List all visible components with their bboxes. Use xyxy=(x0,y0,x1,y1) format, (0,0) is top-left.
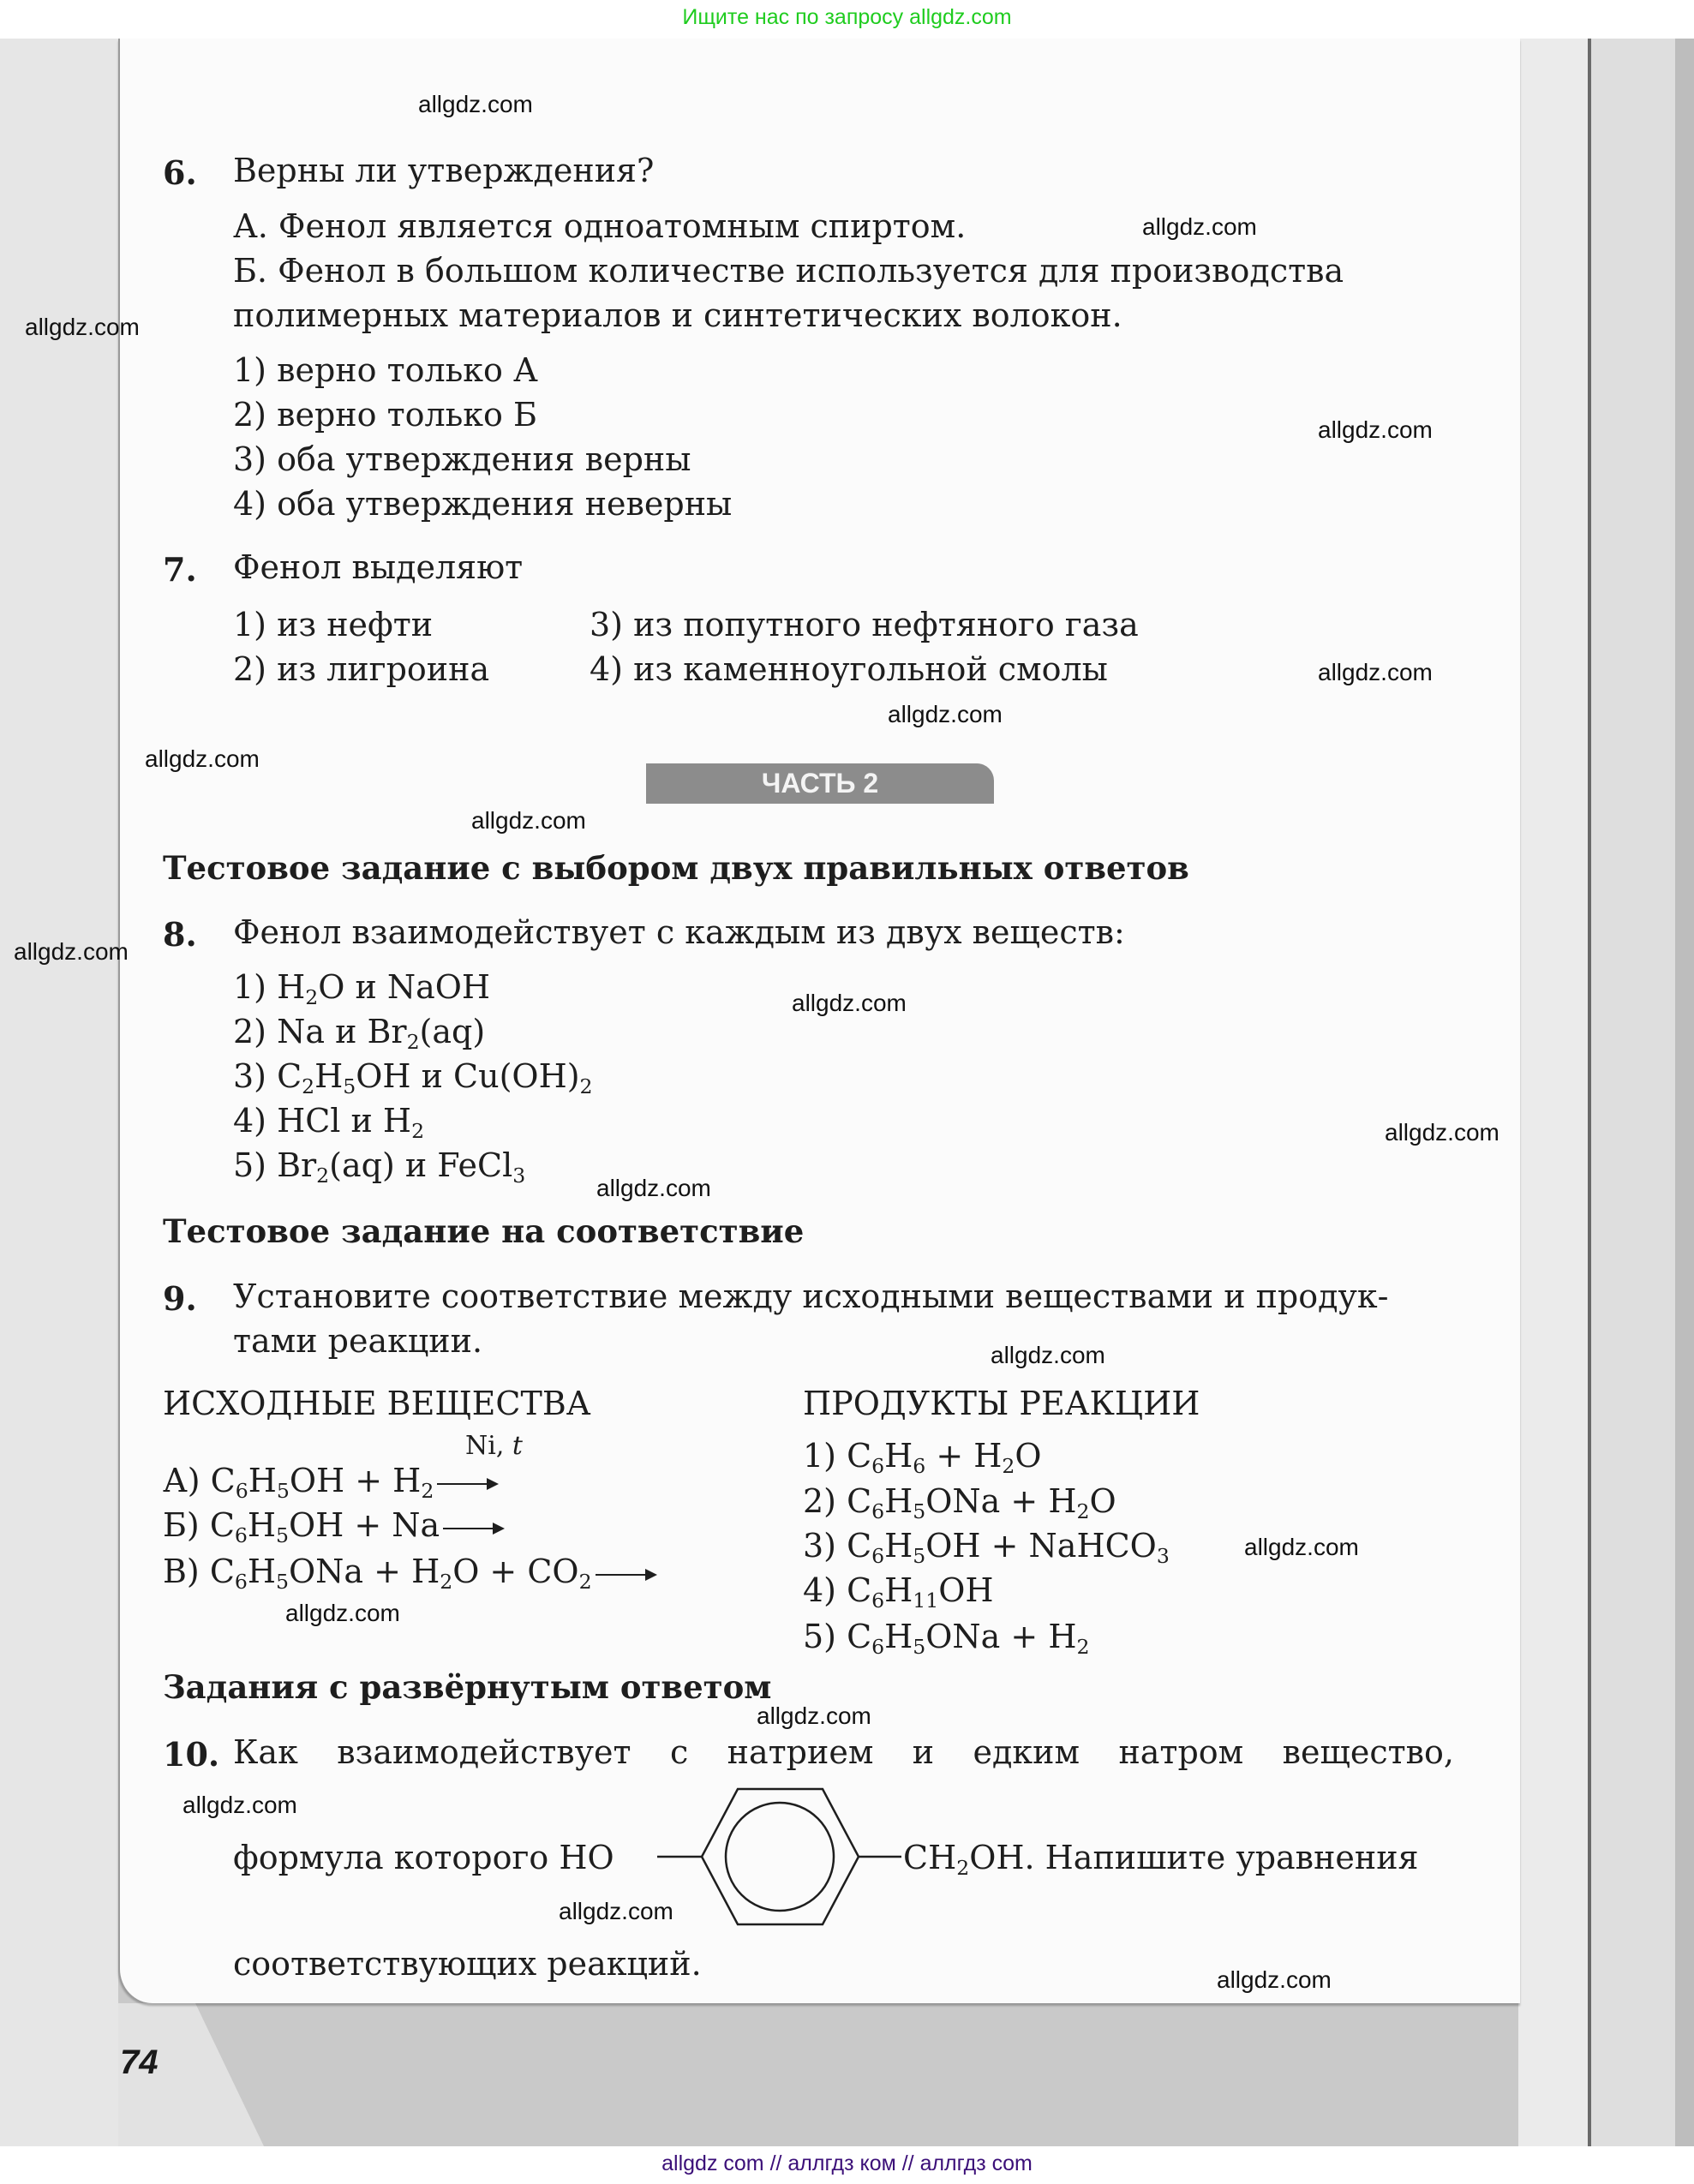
q10-formula-suffix: CH2OH. Напишите уравнения xyxy=(903,1841,1419,1874)
watermark: allgdz.com xyxy=(1142,215,1257,239)
page-number: 74 xyxy=(120,2043,159,2082)
bottom-banner-text[interactable]: allgdz com // аллгдз ком // аллгдз com xyxy=(661,2151,1033,2176)
watermark: allgdz.com xyxy=(1318,661,1433,685)
watermark: allgdz.com xyxy=(1244,1535,1359,1559)
watermark: allgdz.com xyxy=(991,1343,1105,1367)
watermark: allgdz.com xyxy=(471,809,586,833)
next-page-edge xyxy=(1591,39,1675,2146)
watermark: allgdz.com xyxy=(418,93,533,117)
top-banner: Ищите нас по запросу allgdz.com xyxy=(0,0,1694,39)
watermark: allgdz.com xyxy=(285,1601,400,1625)
outer-edge xyxy=(1675,39,1694,2146)
watermark: allgdz.com xyxy=(183,1793,297,1817)
watermark: allgdz.com xyxy=(792,991,907,1015)
watermark: allgdz.com xyxy=(14,940,129,964)
watermark: allgdz.com xyxy=(25,315,140,339)
watermark: allgdz.com xyxy=(757,1704,871,1728)
right-page-edge xyxy=(1518,39,1589,2146)
q10-line3: соответствующих реакций. xyxy=(233,1948,702,1980)
watermark: allgdz.com xyxy=(1385,1121,1499,1145)
left-page-edge xyxy=(0,39,118,2146)
watermark: allgdz.com xyxy=(1217,1968,1332,1992)
watermark: allgdz.com xyxy=(559,1900,673,1924)
top-banner-text[interactable]: Ищите нас по запросу allgdz.com xyxy=(682,5,1011,30)
watermark: allgdz.com xyxy=(888,703,1003,727)
watermark: allgdz.com xyxy=(596,1176,711,1200)
watermark: allgdz.com xyxy=(145,747,260,771)
watermark: allgdz.com xyxy=(1318,418,1433,442)
bottom-banner: allgdz com // аллгдз ком // аллгдз com xyxy=(0,2146,1694,2184)
